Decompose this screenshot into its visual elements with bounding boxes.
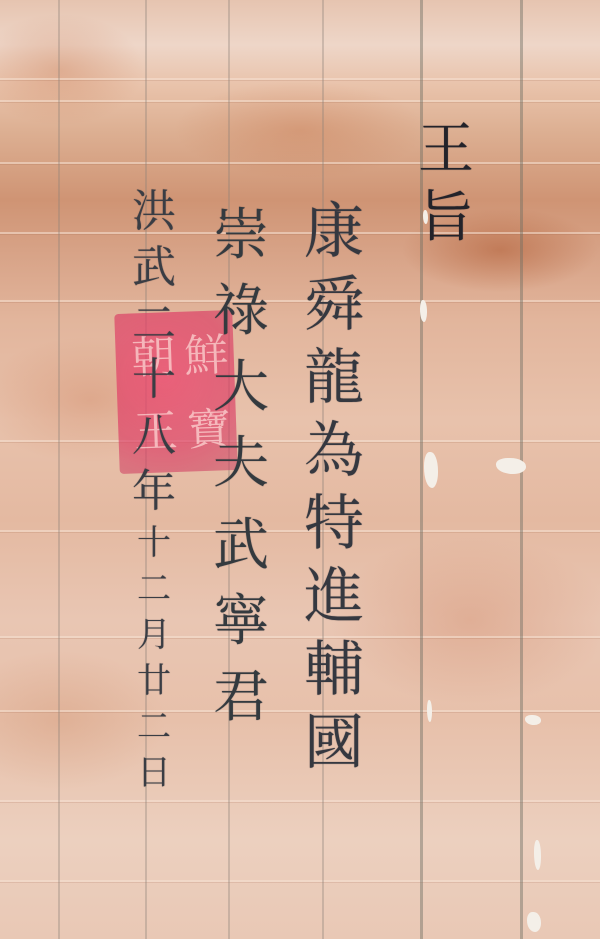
paper-crease	[0, 232, 600, 234]
calligraphy-char: 日	[137, 756, 171, 790]
paper-crease	[0, 162, 600, 164]
calligraphy-char: 舜	[304, 275, 364, 335]
date-column: 洪武二十八年十二月廿二日	[132, 190, 176, 802]
paper-crease	[0, 78, 600, 80]
calligraphy-char: 武	[213, 518, 269, 574]
calligraphy-char: 君	[213, 670, 269, 726]
calligraphy-char: 國	[304, 713, 364, 773]
calligraphy-char: 為	[304, 421, 364, 481]
calligraphy-char: 夫	[213, 436, 269, 492]
text-column-1: 康舜龍為特進輔國	[304, 202, 364, 786]
paper-hole	[534, 840, 541, 870]
text-column-2: 崇祿大夫武寧君	[213, 208, 269, 746]
paper-hole	[525, 715, 541, 725]
calligraphy-char: 旨	[418, 190, 474, 246]
paper-fold	[58, 0, 60, 939]
calligraphy-char: 二	[137, 572, 171, 606]
calligraphy-char: 祿	[213, 284, 269, 340]
calligraphy-char: 武	[132, 246, 176, 290]
paper-hole	[527, 912, 541, 932]
calligraphy-char: 廿	[137, 664, 171, 698]
calligraphy-char: 輔	[304, 640, 364, 700]
paper-crease	[0, 710, 600, 712]
calligraphy-char: 康	[304, 202, 364, 262]
calligraphy-char: 特	[304, 494, 364, 554]
calligraphy-char: 二	[137, 710, 171, 744]
paper-crease	[0, 100, 600, 102]
paper-crease	[0, 636, 600, 638]
calligraphy-char: 王	[418, 122, 474, 178]
calligraphy-char: 十	[132, 358, 176, 402]
paper-crease	[0, 880, 600, 882]
paper-crease	[0, 530, 600, 532]
calligraphy-char: 進	[304, 567, 364, 627]
paper-hole	[424, 452, 438, 488]
paper-crease	[0, 800, 600, 802]
calligraphy-char: 年	[132, 470, 176, 514]
calligraphy-char: 寧	[213, 594, 269, 650]
paper-crease	[0, 300, 600, 302]
calligraphy-char: 崇	[213, 208, 269, 264]
calligraphy-char: 二	[132, 302, 176, 346]
paper-hole	[427, 700, 432, 722]
paper-hole	[420, 300, 427, 322]
document-title: 王旨	[418, 122, 474, 258]
calligraphy-char: 八	[132, 414, 176, 458]
calligraphy-char: 大	[213, 360, 269, 416]
calligraphy-char: 龍	[304, 348, 364, 408]
calligraphy-char: 十	[137, 526, 171, 560]
calligraphy-char: 洪	[132, 190, 176, 234]
paper-crease	[0, 440, 600, 442]
calligraphy-char: 月	[137, 618, 171, 652]
